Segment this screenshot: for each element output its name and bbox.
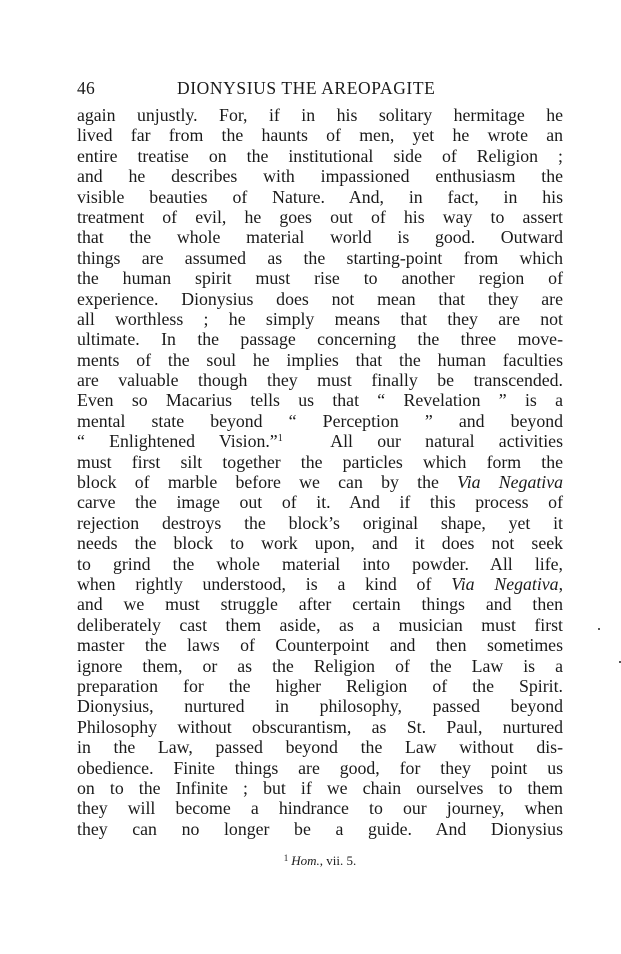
text-line: needs the block to work upon, and it doe…: [77, 533, 563, 553]
text-line-with-footnote-ref: “ Enlightened Vision.”1 All our natural …: [77, 431, 563, 451]
footnote: 1Hom., vii. 5.: [77, 853, 563, 869]
text-line: Dionysius, nurtured in philosophy, passe…: [77, 696, 563, 716]
running-head: 46 DIONYSIUS THE AREOPAGITE: [77, 78, 563, 102]
line-text: “ Enlightened Vision.”: [77, 431, 278, 451]
text-line-with-italic: block of marble before we can by the Via…: [77, 472, 563, 492]
text-line: Even so Macarius tells us that “ Revelat…: [77, 390, 563, 410]
text-line: ments of the soul he implies that the hu…: [77, 350, 563, 370]
text-line-with-italic: when rightly understood, is a kind of Vi…: [77, 574, 563, 594]
text-line: on to the Infinite ; but if we chain our…: [77, 778, 563, 798]
running-title: DIONYSIUS THE AREOPAGITE: [177, 78, 435, 99]
line-text: block of marble before we can by the: [77, 472, 457, 492]
body-text: again unjustly. For, if in his solitary …: [77, 105, 563, 839]
line-text: ,: [559, 574, 563, 594]
text-line: entire treatise on the institutional sid…: [77, 146, 563, 166]
text-line: experience. Dionysius does not mean that…: [77, 289, 563, 309]
text-line: the human spirit must rise to another re…: [77, 268, 563, 288]
text-line: and we must struggle after certain thing…: [77, 594, 563, 614]
text-line: rejection destroys the block’s original …: [77, 513, 563, 533]
scan-speck: [598, 628, 600, 630]
text-line: obedience. Finite things are good, for t…: [77, 758, 563, 778]
text-line: lived far from the haunts of men, yet he…: [77, 125, 563, 145]
text-line: treatment of evil, he goes out of his wa…: [77, 207, 563, 227]
text-line: Philosophy without obscurantism, as St. …: [77, 717, 563, 737]
text-line: in the Law, passed beyond the Law withou…: [77, 737, 563, 757]
book-page: 46 DIONYSIUS THE AREOPAGITE again unjust…: [0, 0, 621, 954]
page-number: 46: [77, 78, 95, 99]
text-line: they will become a hindrance to our jour…: [77, 798, 563, 818]
text-line: ignore them, or as the Religion of the L…: [77, 656, 563, 676]
text-line: that the whole material world is good. O…: [77, 227, 563, 247]
text-line: mental state beyond “ Perception ” and b…: [77, 411, 563, 431]
text-line: must first silt together the particles w…: [77, 452, 563, 472]
text-line: deliberately cast them aside, as a music…: [77, 615, 563, 635]
italic-phrase: Via Negativa: [451, 574, 558, 594]
text-line: to grind the whole material into powder.…: [77, 554, 563, 574]
footnote-marker: 1: [284, 853, 289, 863]
text-line: master the laws of Counterpoint and then…: [77, 635, 563, 655]
text-line: ultimate. In the passage concerning the …: [77, 329, 563, 349]
line-text: All our natural activities: [283, 431, 563, 451]
footnote-source: Hom.: [291, 853, 320, 868]
text-line: are valuable though they must finally be…: [77, 370, 563, 390]
footnote-citation: , vii. 5.: [320, 853, 356, 868]
text-line: preparation for the higher Religion of t…: [77, 676, 563, 696]
text-line: all worthless ; he simply means that the…: [77, 309, 563, 329]
text-line: and he describes with impassioned enthus…: [77, 166, 563, 186]
text-line: things are assumed as the starting-point…: [77, 248, 563, 268]
text-line: carve the image out of it. And if this p…: [77, 492, 563, 512]
text-line: again unjustly. For, if in his solitary …: [77, 105, 563, 125]
text-line: they can no longer be a guide. And Diony…: [77, 819, 563, 839]
line-text: when rightly understood, is a kind of: [77, 574, 451, 594]
italic-phrase: Via Negativa: [457, 472, 563, 492]
text-line: visible beauties of Nature. And, in fact…: [77, 187, 563, 207]
